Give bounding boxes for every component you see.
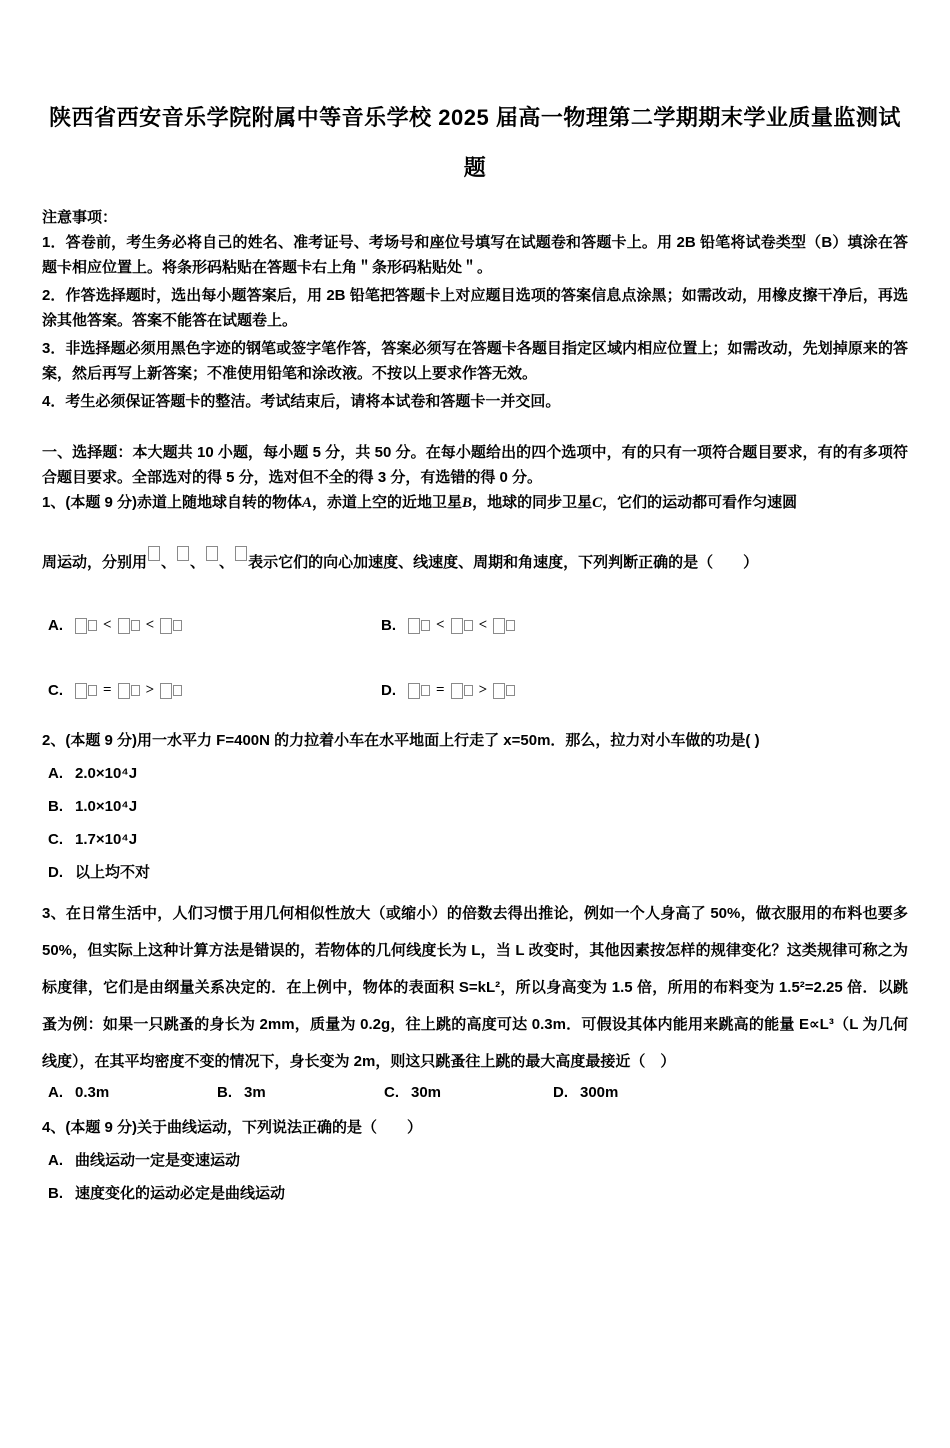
question-1-text-seg: 表示它们的向心加速度、线速度、周期和角速度，下列判断正确的是（ ） (248, 554, 758, 571)
comparator: < (436, 613, 445, 638)
glyph-separator: 、 (219, 554, 234, 571)
glyph-separator: 、 (190, 554, 205, 571)
question-3-option-b: B.3m (217, 1080, 384, 1105)
question-3-text: 3、在日常生活中，人们习惯于用几何相似性放大（或缩小）的倍数去得出推论，例如一个… (42, 895, 908, 1080)
question-2-option-a: A.2.0×10⁴J (42, 761, 908, 786)
section-heading-choice: 一、选择题：本大题共 10 小题，每小题 5 分，共 50 分。在每小题给出的四… (42, 440, 908, 490)
comparator: < (103, 613, 112, 638)
question-4-option-a: A.曲线运动一定是变速运动 (42, 1148, 908, 1173)
question-1-text-line-1: 1、(本题 9 分)赤道上随地球自转的物体A，赤道上空的近地卫星B，地球的同步卫… (42, 490, 908, 516)
missing-glyph-subscript-box (421, 620, 430, 631)
option-text: 30m (411, 1080, 441, 1105)
option-text: 1.7×10⁴J (75, 827, 137, 852)
missing-glyph-box (118, 683, 130, 699)
option-text: 速度变化的运动必定是曲线运动 (75, 1181, 285, 1206)
option-label: C. (384, 1080, 399, 1105)
question-1-text-seg: ，赤道上空的近地卫星 (312, 494, 462, 511)
question-2-text: 2、(本题 9 分)用一水平力 F=400N 的力拉着小车在水平地面上行走了 x… (42, 728, 908, 753)
missing-glyph-subscript-box (506, 685, 515, 696)
missing-glyph-subscript-box (173, 685, 182, 696)
missing-glyph-box (177, 546, 189, 561)
option-label: B. (48, 794, 63, 819)
question-1-text-seg: ，地球的同步卫星 (472, 494, 592, 511)
notice-item-3: 3．非选择题必须用黑色字迹的钢笔或签字笔作答，答案必须写在答题卡各题目指定区域内… (42, 336, 908, 386)
option-label: A. (48, 613, 63, 638)
question-1-option-c: C. => (48, 678, 381, 703)
missing-glyph-subscript-box (131, 685, 140, 696)
glyph-separator: 、 (161, 554, 176, 571)
question-4-text: 4、(本题 9 分)关于曲线运动，下列说法正确的是（ ） (42, 1115, 908, 1140)
comparator: > (479, 678, 488, 703)
option-text: 以上均不对 (75, 860, 150, 885)
option-label: B. (217, 1080, 232, 1105)
question-1-text-seg: 1、(本题 9 分)赤道上随地球自转的物体 (42, 494, 302, 511)
missing-glyph-subscript-box (421, 685, 430, 696)
question-1-text-seg: ，它们的运动都可看作匀速圆 (602, 494, 797, 511)
option-text: 3m (244, 1080, 266, 1105)
missing-glyph-box (408, 683, 420, 699)
missing-glyph-box (75, 683, 87, 699)
option-label: C. (48, 678, 63, 703)
option-text: 300m (580, 1080, 618, 1105)
missing-glyph-subscript-box (464, 685, 473, 696)
missing-glyph-box (75, 618, 87, 634)
question-3-option-a: A.0.3m (48, 1080, 217, 1105)
question-3: 3、在日常生活中，人们习惯于用几何相似性放大（或缩小）的倍数去得出推论，例如一个… (42, 895, 908, 1105)
notice-item-2: 2．作答选择题时，选出每小题答案后，用 2B 铅笔把答题卡上对应题目选项的答案信… (42, 283, 908, 333)
missing-glyph-box (160, 618, 172, 634)
question-1-text-seg: 周运动，分别用 (42, 554, 147, 571)
notice-item-4: 4．考生必须保证答题卡的整洁。考试结束后，请将本试卷和答题卡一并交回。 (42, 389, 908, 414)
missing-glyph-subscript-box (131, 620, 140, 631)
missing-glyph-subscript-box (464, 620, 473, 631)
option-label: B. (381, 613, 396, 638)
question-1-option-d: D. => (381, 678, 714, 703)
question-2-option-d: D.以上均不对 (42, 860, 908, 885)
question-2-option-c: C.1.7×10⁴J (42, 827, 908, 852)
option-label: D. (48, 860, 63, 885)
option-label: C. (48, 827, 63, 852)
missing-glyph-box (451, 618, 463, 634)
question-3-option-c: C.30m (384, 1080, 553, 1105)
missing-glyph-box (235, 546, 247, 561)
question-3-option-d: D.300m (553, 1080, 618, 1105)
option-label: D. (553, 1080, 568, 1105)
question-1: 1、(本题 9 分)赤道上随地球自转的物体A，赤道上空的近地卫星B，地球的同步卫… (42, 490, 908, 703)
question-2-option-b: B.1.0×10⁴J (42, 794, 908, 819)
missing-glyph-subscript-box (88, 685, 97, 696)
comparator: < (479, 613, 488, 638)
variable-b: B (462, 495, 472, 511)
variable-a: A (302, 495, 312, 511)
question-1-option-b: B. << (381, 613, 714, 638)
notice-heading: 注意事项： (42, 205, 908, 230)
exam-title: 陕西省西安音乐学院附属中等音乐学校 2025 届高一物理第二学期期末学业质量监测… (42, 104, 908, 181)
question-4: 4、(本题 9 分)关于曲线运动，下列说法正确的是（ ） A.曲线运动一定是变速… (42, 1115, 908, 1206)
missing-glyph-box (493, 683, 505, 699)
exam-title-line-2: 题 (42, 154, 908, 181)
variable-c: C (592, 495, 602, 511)
comparator: > (146, 678, 155, 703)
option-label: A. (48, 761, 63, 786)
missing-glyph-box (451, 683, 463, 699)
option-label: A. (48, 1148, 63, 1173)
missing-glyph-box (408, 618, 420, 634)
exam-page: 陕西省西安音乐学院附属中等音乐学校 2025 届高一物理第二学期期末学业质量监测… (0, 104, 950, 1206)
comparator: = (436, 678, 445, 703)
missing-glyph-box (148, 546, 160, 561)
comparator: = (103, 678, 112, 703)
option-text: 0.3m (75, 1080, 109, 1105)
option-text: 2.0×10⁴J (75, 761, 137, 786)
option-text: 曲线运动一定是变速运动 (75, 1148, 240, 1173)
option-label: B. (48, 1181, 63, 1206)
question-4-option-b: B.速度变化的运动必定是曲线运动 (42, 1181, 908, 1206)
option-label: D. (381, 678, 396, 703)
question-2: 2、(本题 9 分)用一水平力 F=400N 的力拉着小车在水平地面上行走了 x… (42, 728, 908, 885)
missing-glyph-box (206, 546, 218, 561)
question-1-text-line-2: 周运动，分别用、、、表示它们的向心加速度、线速度、周期和角速度，下列判断正确的是… (42, 546, 908, 575)
missing-glyph-subscript-box (173, 620, 182, 631)
missing-glyph-subscript-box (506, 620, 515, 631)
notice-item-1: 1．答卷前，考生务必将自己的姓名、准考证号、考场号和座位号填写在试题卷和答题卡上… (42, 230, 908, 280)
option-text: 1.0×10⁴J (75, 794, 137, 819)
missing-glyph-subscript-box (88, 620, 97, 631)
missing-glyph-box (160, 683, 172, 699)
question-3-options-row: A.0.3m B.3m C.30m D.300m (42, 1080, 908, 1105)
comparator: < (146, 613, 155, 638)
exam-title-line-1: 陕西省西安音乐学院附属中等音乐学校 2025 届高一物理第二学期期末学业质量监测… (42, 104, 908, 131)
question-1-options-row-1: A. << B. << (42, 613, 908, 638)
missing-glyph-box (118, 618, 130, 634)
question-1-options-row-2: C. => D. => (42, 678, 908, 703)
question-1-option-a: A. << (48, 613, 381, 638)
missing-glyph-box (493, 618, 505, 634)
option-label: A. (48, 1080, 63, 1105)
